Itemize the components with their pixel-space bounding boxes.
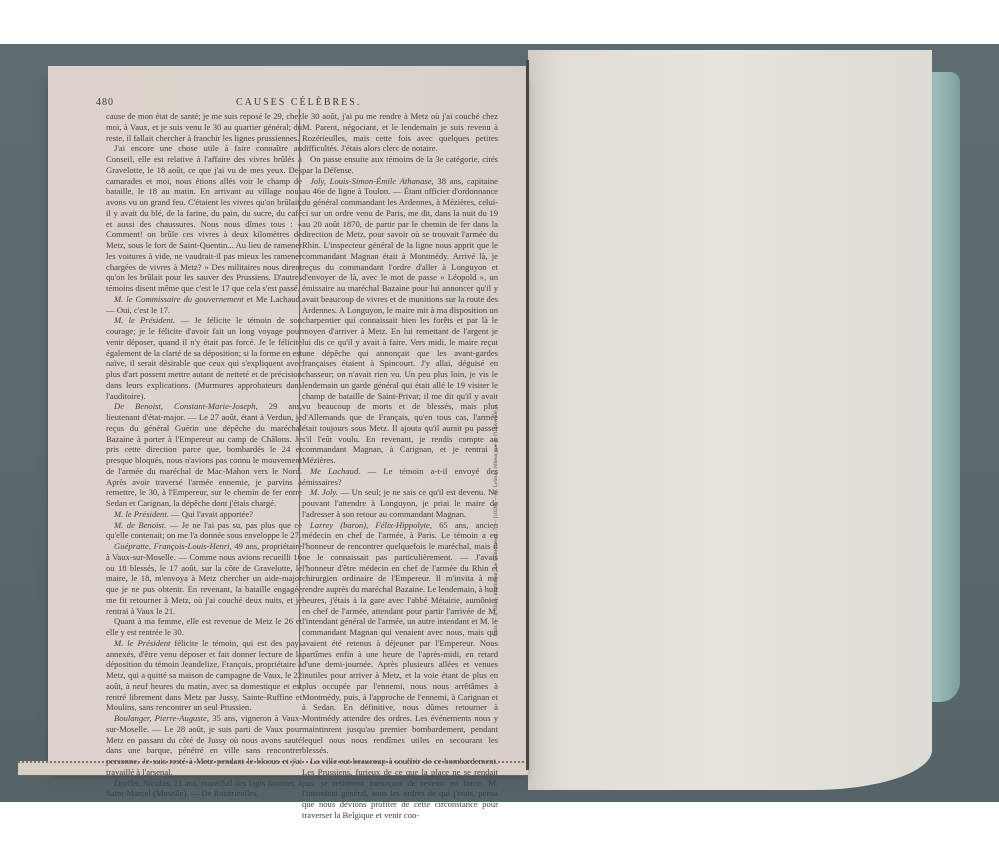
paragraph: cause de mon état de santé; je me suis r… [106,111,302,143]
paragraph: Larrey (baron), Félix-Hippolyte, 65 ans,… [302,520,498,757]
speaker-name: Me Lachaud. [310,466,360,476]
paragraph-text: 49 ans, propriétaire à Vaux-sur-Moselle.… [106,541,302,616]
paragraph: La ville eut beaucoup à souffrir de ce b… [302,756,498,821]
paragraph: le 30 août, j'ai pu me rendre à Metz où … [302,111,498,154]
paragraph-text: cause de mon état de santé; je me suis r… [106,111,302,143]
text-column-1: cause de mon état de santé; je me suis r… [106,111,302,799]
running-head: 480 CAUSES CÉLÈBRES. [96,97,496,111]
paragraph: J'ai encore une chose utile à faire conn… [106,143,302,294]
paragraph: De Benoist, Constant-Marie-Joseph, 29 an… [106,401,302,509]
paragraph-text: On passe ensuite aux témoins de la 3e ca… [302,154,498,175]
paragraph: M. le Président. — Qui l'avait apportée? [106,509,302,520]
paragraph: Me Lachaud. — Le témoin a-t-il envoyé de… [302,466,498,488]
paragraph-text: félicite le témoin, qui est des pays ann… [106,638,302,713]
page-number: 480 [96,97,114,108]
paragraph: On passe ensuite aux témoins de la 3e ca… [302,154,498,176]
speaker-name: Joly, Louis-Simon-Émile Athanase, [310,176,434,186]
paragraph: Drollet, Nicolas, 21 ans, maréchal des l… [106,778,302,800]
speaker-name: M. Joly. [310,487,338,497]
text-column-2: le 30 août, j'ai pu me rendre à Metz où … [302,111,498,821]
paragraph: M. de Benoist. — Je ne l'ai pas su, pas … [106,520,302,542]
paragraph: Boulanger, Pierre-Auguste, 35 ans, vigne… [106,713,302,778]
paragraph-text: — Qui l'avait apportée? [169,509,253,519]
speaker-name: Guépratte, François-Louis-Henri, [114,541,232,551]
speaker-name: Larrey (baron), Félix-Hippolyte, [310,520,432,530]
speaker-name: Drollet, Nicolas, [114,778,171,788]
paragraph: Quant à ma femme, elle est revenue de Me… [106,616,302,638]
speaker-name: M. le Président. [114,509,169,519]
paragraph-text: le 30 août, j'ai pu me rendre à Metz où … [302,111,498,153]
speaker-name: M. de Benoist. [114,520,166,530]
speaker-name: M. le Commissaire du gouvernement [114,294,244,304]
running-head-title: CAUSES CÉLÈBRES. [236,97,361,108]
right-page-blank [528,50,932,790]
paragraph: Guépratte, François-Louis-Henri, 49 ans,… [106,541,302,616]
paragraph-text: La ville eut beaucoup à souffrir de ce b… [302,756,498,820]
paragraph-text: 29 ans, lieutenant d'état-major. — Le 27… [106,401,302,508]
paragraph: M. Joly. — Un seul; je ne sais ce qu'il … [302,487,498,519]
paragraph: M. le Président félicite le témoin, qui … [106,638,302,713]
speaker-name: M. le Président. [114,315,175,325]
printer-imprint: Paris. — J. Claye, imprimeur, rue Saint-… [493,340,499,700]
paragraph-text: Quant à ma femme, elle est revenue de Me… [106,616,302,637]
speaker-name: M. le Président [114,638,170,648]
paragraph-text: J'ai encore une chose utile à faire conn… [106,143,302,293]
paragraph: Joly, Louis-Simon-Émile Athanase, 38 ans… [302,176,498,466]
paragraph-text: 38 ans, capitaine au 46e de ligne à Toul… [302,176,498,466]
speaker-name: De Benoist, Constant-Marie-Joseph, [114,401,258,411]
speaker-name: Boulanger, Pierre-Auguste, [114,713,209,723]
book-gutter [526,60,529,770]
paragraph-text: 65 ans, ancien médecin en chef de l'armé… [302,520,498,756]
paragraph: M. le Président. — Je félicite le témoin… [106,315,302,401]
paragraph-text: — Je félicite le témoin de son courage; … [106,315,302,400]
paragraph: M. le Commissaire du gouvernement et Me … [106,294,302,316]
column-divider [299,109,300,689]
